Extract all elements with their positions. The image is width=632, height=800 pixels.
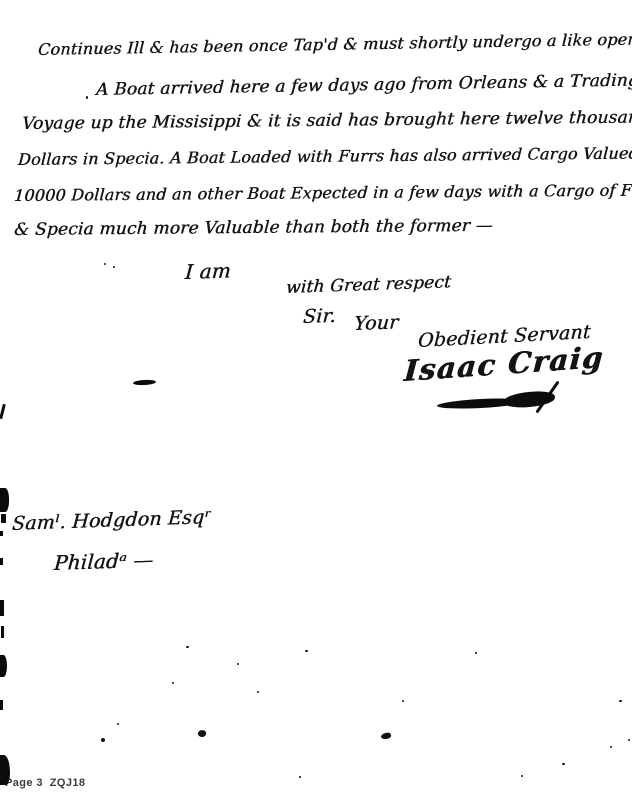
ink-speck <box>104 263 106 265</box>
ink-speck <box>186 646 189 648</box>
letter-line-1: Continues Ill & has been once Tap'd & mu… <box>38 29 632 59</box>
left-edge-artifact <box>0 404 6 419</box>
page-footer-label: Page 3 ZQJ18 <box>5 777 85 789</box>
ink-speck <box>197 729 207 738</box>
scanned-letter-page: Continues Ill & has been once Tap'd & mu… <box>0 0 632 800</box>
left-edge-artifact <box>1 514 6 523</box>
left-edge-artifact <box>0 700 3 710</box>
ink-speck <box>562 763 565 765</box>
left-edge-artifact <box>0 655 7 677</box>
address-recipient: Samˡ. Hodgdon Esqʳ <box>11 506 212 535</box>
letter-line-2: A Boat arrived here a few days ago from … <box>95 71 632 100</box>
ink-speck <box>610 746 612 748</box>
ink-speck <box>619 700 622 702</box>
ink-speck <box>475 652 477 654</box>
closing-i-am: I am <box>184 258 232 284</box>
ink-speck <box>323 117 325 119</box>
ink-speck <box>628 739 630 741</box>
ink-speck <box>117 723 119 725</box>
address-place: Philadᵃ — <box>53 547 154 575</box>
ink-speck <box>402 700 404 702</box>
ink-speck <box>521 775 523 777</box>
ink-speck <box>299 776 301 778</box>
letter-line-6: & Specia much more Valuable than both th… <box>13 216 493 240</box>
ink-speck <box>380 732 391 740</box>
ink-speck <box>86 96 88 99</box>
closing-your: Your <box>353 311 399 335</box>
ink-speck <box>101 738 105 742</box>
ink-speck <box>237 663 239 665</box>
left-edge-artifact <box>0 488 9 512</box>
left-edge-artifact <box>0 755 10 785</box>
left-edge-artifact <box>0 531 3 536</box>
ink-speck <box>172 682 174 684</box>
closing-respect: with Great respect <box>285 272 451 298</box>
letter-line-4: Dollars in Specia. A Boat Loaded with Fu… <box>17 143 632 169</box>
letter-line-5: 10000 Dollars and an other Boat Expected… <box>13 180 632 205</box>
ink-speck <box>257 691 259 693</box>
left-edge-artifact <box>0 600 4 616</box>
closing-sir: Sir. <box>302 305 336 328</box>
ink-speck <box>113 266 115 268</box>
letter-line-3: Voyage up the Missisippi & it is said ha… <box>21 107 632 134</box>
left-edge-artifact <box>1 626 4 638</box>
ink-dash <box>133 379 156 385</box>
ink-speck <box>305 650 308 652</box>
left-edge-artifact <box>0 558 3 565</box>
